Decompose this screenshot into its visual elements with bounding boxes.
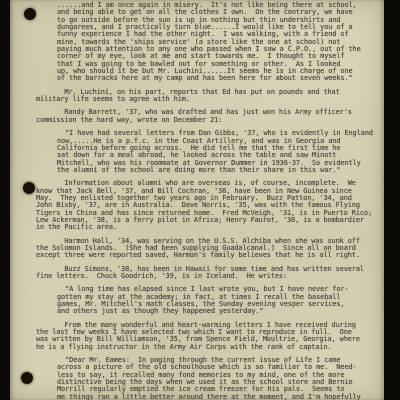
text-line: he is a flying instructor in the Army Ai…	[36, 344, 392, 351]
paragraph: "I have had several letters from Dan Gib…	[36, 130, 392, 174]
scan-background: ......and I am once again in misery. It'…	[0, 0, 400, 400]
paragraph: "A long time has elapsed since I last wr…	[36, 286, 392, 315]
text-line: in the Pacific area.	[36, 224, 392, 231]
hole-punch-middle	[23, 182, 35, 194]
hole-punch-top	[24, 8, 36, 20]
paragraph: Information about alumni who are oversea…	[36, 180, 392, 231]
text-line: commission the hard way, wrote on Decemb…	[36, 117, 392, 124]
paragraph: Randy Barrett, '37, who was drafted and …	[36, 109, 392, 124]
text-line: me things ran a little better around the…	[57, 394, 392, 400]
paragraph: ......and I am once again in misery. It'…	[36, 2, 392, 83]
text-line: military life seems to agree with him.	[36, 96, 392, 103]
text-line: except three were reported saved, Harmon…	[36, 252, 392, 259]
paragraph: Buzz Simons, '38, has been in Hawaii for…	[36, 266, 392, 281]
document-body: ......and I am once again in misery. It'…	[36, 2, 392, 400]
paragraph: Mr. Luchini, on his part, reports that E…	[36, 89, 392, 104]
letter-page: ......and I am once again in misery. It'…	[10, 0, 384, 400]
text-line: fine letters. Chuck Goodrich, '39, is in…	[36, 273, 392, 280]
hole-punch-bottom	[21, 372, 33, 384]
text-line: of the barracks here at my camp and has …	[57, 75, 392, 82]
paragraph: "Dear Mr. Eames: In paging through the c…	[36, 357, 392, 400]
paragraph: From the many wonderful and heart-warmin…	[36, 322, 392, 351]
paragraph: Harmon Hall, '34, was serving on the U.S…	[36, 238, 392, 260]
text-line: the alumni of the school are doing more …	[57, 167, 392, 174]
text-line: and others just as though they happened …	[57, 308, 392, 315]
